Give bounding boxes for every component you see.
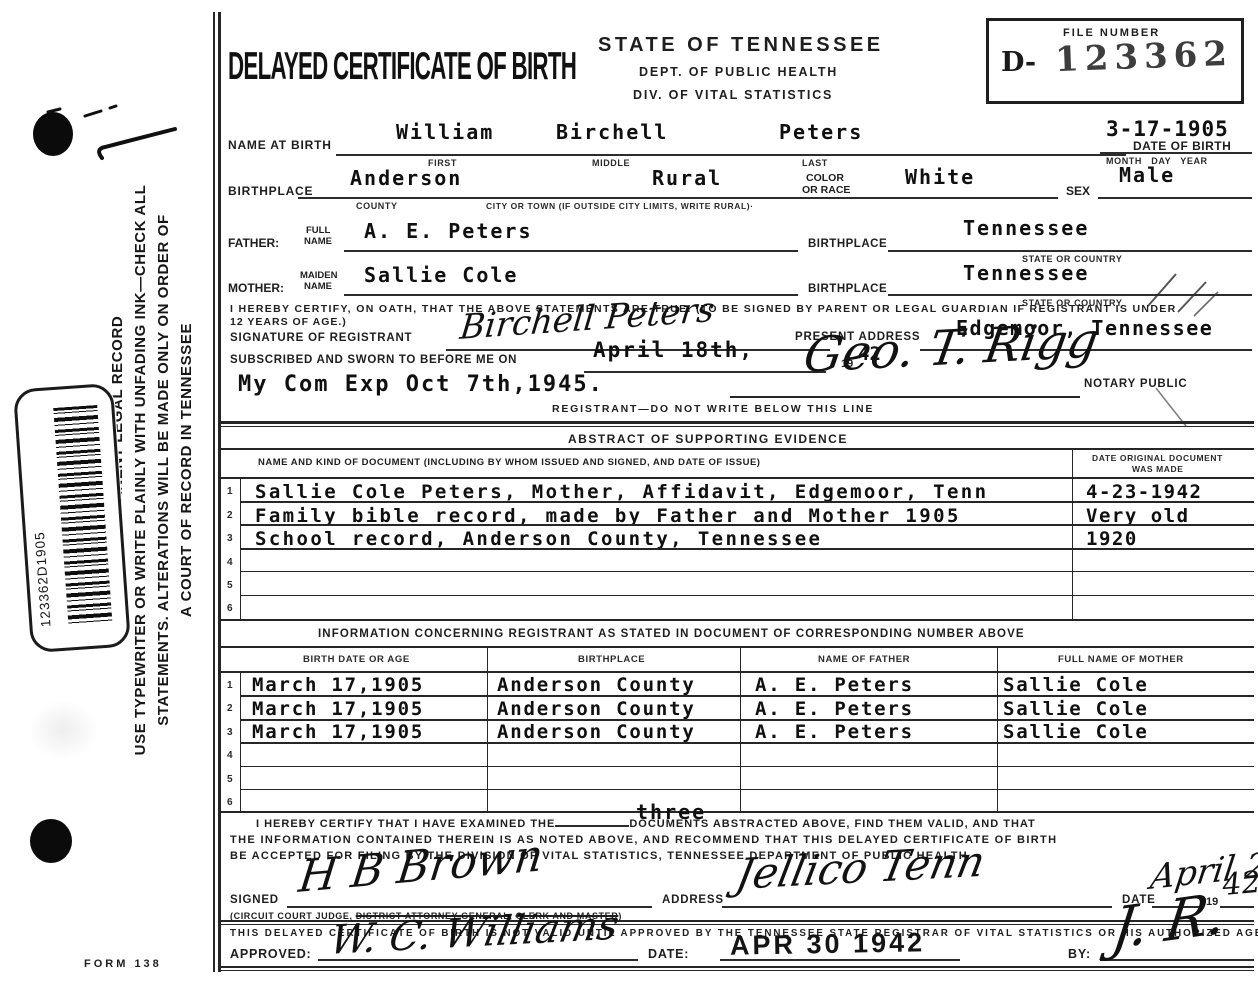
info-row-father: A. E. Peters (755, 674, 914, 696)
evidence-col2-header-2: WAS MADE (1132, 464, 1184, 474)
name-at-birth-label: NAME AT BIRTH (228, 138, 332, 152)
scan-smudge (28, 700, 98, 760)
evidence-row-line-1 (240, 501, 1254, 503)
approval-date-label: DATE: (648, 947, 689, 961)
evidence-row-num: 5 (227, 580, 233, 591)
father-sub-1: FULL (306, 225, 330, 236)
division-title: DIV. OF VITAL STATISTICS (633, 88, 833, 102)
mother-sub-2: NAME (304, 281, 332, 292)
info-row-mother: Sallie Cole (1003, 674, 1149, 696)
mother-label: MOTHER: (228, 281, 284, 295)
barcode-sticker: 123362D1905 (13, 383, 131, 653)
certification-line-1: I HEREBY CERTIFY THAT I HAVE EXAMINED TH… (256, 818, 1036, 830)
section-divider-1a (218, 421, 1254, 424)
info-row-num: 2 (227, 703, 233, 714)
info-row-line-4 (240, 766, 1254, 767)
info-row-birthdate: March 17,1905 (252, 721, 424, 743)
mother-birthplace-value: Tennessee (963, 261, 1089, 285)
punch-hole-bottom (30, 819, 72, 863)
dob-value: 3-17-1905 (1106, 117, 1229, 141)
bottom-border-b (218, 970, 1254, 971)
info-row-mother: Sallie Cole (1003, 698, 1149, 720)
form-left-border-inner (218, 12, 221, 972)
evidence-row-line-5 (240, 595, 1254, 596)
file-number-prefix: D- (1001, 47, 1036, 78)
sworn-date-value: April 18th, (593, 338, 754, 362)
evidence-row-num: 1 (227, 486, 233, 497)
birthplace-county-value: Anderson (350, 166, 462, 190)
file-number-box: FILE NUMBER D- 123362 (986, 18, 1244, 104)
registrant-info-title: INFORMATION CONCERNING REGISTRANT AS STA… (318, 628, 1025, 640)
approval-date-stamp: APR 30 1942 (730, 927, 926, 961)
evidence-row-line-2 (240, 524, 1254, 526)
certification-count-blank (555, 825, 629, 827)
state-title: STATE OF TENNESSEE (598, 34, 884, 57)
father-label: FATHER: (228, 236, 279, 250)
color-race-label-2: OR RACE (802, 184, 850, 196)
evidence-row-date: 4-23-1942 (1086, 481, 1202, 503)
info-col-header-4: FULL NAME OF MOTHER (1058, 654, 1184, 665)
info-row-father: A. E. Peters (755, 698, 914, 720)
info-col-header-3: NAME OF FATHER (818, 654, 910, 665)
evidence-row-text: Sallie Cole Peters, Mother, Affidavit, E… (255, 481, 988, 503)
margin-instruction-line: A COURT OF RECORD IN TENNESSEE (175, 90, 198, 850)
file-number-value: 123362 (1054, 34, 1233, 80)
bottom-border-a (218, 966, 1254, 968)
evidence-top-line (218, 448, 1254, 450)
certification-line-1a: I HEREBY CERTIFY THAT I HAVE EXAMINED TH… (256, 818, 555, 830)
mother-sub-1: MAIDEN (300, 270, 337, 281)
notary-signature: Geo. T. Rigg (800, 312, 1102, 384)
certification-line-1b: DOCUMENTS ABSTRACTED ABOVE, FIND THEM VA… (629, 818, 1035, 830)
evidence-row-num: 6 (227, 603, 233, 614)
info-row-num: 6 (227, 797, 233, 808)
info-col-divider-1 (487, 646, 488, 811)
sub-last: LAST (802, 158, 828, 168)
evidence-date-divider (1072, 448, 1073, 619)
evidence-row-num: 2 (227, 510, 233, 521)
evidence-row-line-4 (240, 571, 1254, 572)
city-sublabel: CITY OR TOWN (IF OUTSIDE CITY LIMITS, WR… (486, 201, 754, 211)
sworn-label: SUBSCRIBED AND SWORN TO BEFORE ME ON (230, 354, 517, 366)
sub-middle: MIDDLE (592, 158, 630, 168)
info-row-line-5 (240, 789, 1254, 790)
evidence-col1-header: NAME AND KIND OF DOCUMENT (INCLUDING BY … (258, 457, 760, 468)
mother-birthplace-label: BIRTHPLACE (808, 283, 887, 295)
evidence-row-num: 3 (227, 533, 233, 544)
evidence-row-text: School record, Anderson County, Tennesse… (255, 528, 822, 550)
info-row-num: 1 (227, 680, 233, 691)
info-row-father: A. E. Peters (755, 721, 914, 743)
info-bottom-line (218, 811, 1254, 813)
info-col-header-2: BIRTHPLACE (578, 654, 645, 665)
section-divider-1b (218, 426, 1254, 427)
father-name-value: A. E. Peters (364, 219, 533, 243)
signed-label: SIGNED (230, 894, 279, 906)
father-birthplace-label: BIRTHPLACE (808, 238, 887, 250)
by-label: BY: (1068, 947, 1091, 961)
commission-expiration: My Com Exp Oct 7th,1945. (238, 372, 604, 397)
info-row-line-1 (240, 695, 1254, 697)
info-col-header-1: BIRTH DATE OR AGE (303, 654, 410, 665)
info-row-birthplace: Anderson County (497, 698, 696, 720)
father-birthplace-value: Tennessee (963, 216, 1089, 240)
sex-label: SEX (1066, 184, 1090, 198)
form-number: FORM 138 (84, 958, 162, 970)
evidence-col2-header-1: DATE ORIGINAL DOCUMENT (1092, 453, 1223, 463)
county-sublabel: COUNTY (356, 201, 398, 211)
info-row-line-3 (240, 742, 1254, 744)
address-label: ADDRESS (662, 894, 724, 906)
evidence-title: ABSTRACT OF SUPPORTING EVIDENCE (568, 432, 848, 446)
info-row-num: 4 (227, 750, 233, 761)
name-middle-value: Birchell (556, 120, 668, 144)
color-value: White (905, 165, 975, 189)
approved-label: APPROVED: (230, 947, 312, 961)
evidence-row-line-3 (240, 548, 1254, 550)
signature-of-registrant-label: SIGNATURE OF REGISTRANT (230, 332, 412, 344)
info-row-birthplace: Anderson County (497, 674, 696, 696)
sex-value: Male (1119, 163, 1175, 187)
form-left-border-outer (213, 12, 215, 972)
name-first-value: William (396, 120, 494, 144)
evidence-bottom-line (218, 619, 1254, 621)
evidence-row-date: 1920 (1086, 528, 1138, 550)
info-title-line (218, 646, 1254, 648)
color-race-label-1: COLOR (806, 172, 844, 184)
info-row-mother: Sallie Cole (1003, 721, 1149, 743)
margin-instruction-line: STATEMENTS. ALTERATIONS WILL BE MADE ONL… (152, 90, 175, 850)
info-header-line (218, 671, 1254, 673)
margin-instruction-line: USE TYPEWRITER OR WRITE PLAINLY WITH UNF… (129, 90, 152, 850)
margin-instructions: THIS IS A PERMANENT LEGAL RECORD USE TYP… (106, 90, 198, 850)
info-row-birthdate: March 17,1905 (252, 698, 424, 720)
mother-name-value: Sallie Cole (364, 263, 518, 287)
barcode (53, 405, 112, 626)
birthplace-city-value: Rural (652, 166, 722, 190)
dept-title: DEPT. OF PUBLIC HEALTH (639, 65, 838, 79)
evidence-header-line (218, 477, 1254, 479)
info-col-divider-2 (740, 646, 741, 811)
do-not-write-note: REGISTRANT—DO NOT WRITE BELOW THIS LINE (552, 403, 874, 415)
info-row-birthplace: Anderson County (497, 721, 696, 743)
notary-signature-line (730, 396, 1080, 398)
evidence-row-num: 4 (227, 557, 233, 568)
info-row-num: 3 (227, 727, 233, 738)
name-last-value: Peters (779, 120, 863, 144)
info-row-birthdate: March 17,1905 (252, 674, 424, 696)
notary-public-label: NOTARY PUBLIC (1084, 378, 1187, 390)
info-col-divider-3 (997, 646, 998, 811)
info-row-num: 5 (227, 774, 233, 785)
father-sub-2: NAME (304, 236, 332, 247)
page-title: DELAYED CERTIFICATE OF BIRTH (228, 44, 576, 89)
delayed-birth-certificate-scan: THIS IS A PERMANENT LEGAL RECORD USE TYP… (0, 0, 1258, 1006)
barcode-label: 123362D1905 (24, 413, 54, 628)
oath-line-2: 12 YEARS OF AGE.) (230, 316, 347, 328)
